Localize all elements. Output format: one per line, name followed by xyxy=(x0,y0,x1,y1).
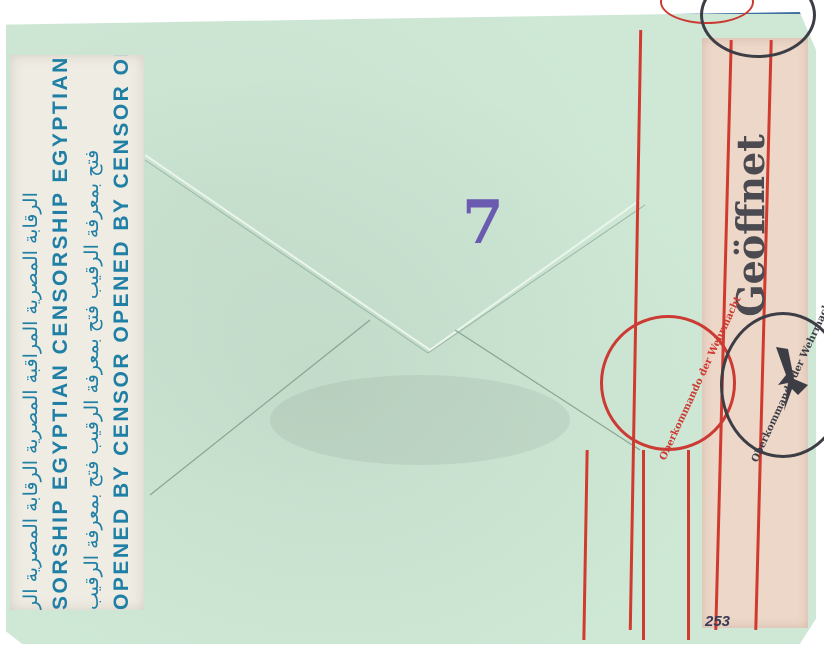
geoffnet-label-text: Geöffnet xyxy=(722,140,778,310)
handstamp-numeral: 7 xyxy=(462,188,504,258)
arabic-opened-text: فتح بمعرفة الرقيب فتح بمعرفة الرقيب فتح … xyxy=(81,55,103,610)
egyptian-censor-label: الرقابة المصرية المراقبة المصرية الرقابة… xyxy=(10,55,144,610)
red-censor-stamp: Oberkommando der Wehrmacht xyxy=(600,315,736,451)
censor-red-line xyxy=(642,450,645,640)
pencil-note: 253 xyxy=(705,613,730,630)
censor-red-line xyxy=(687,450,690,640)
eagle-icon xyxy=(768,345,812,415)
english-censor-text: SORSHIP EGYPTIAN CENSORSHIP EGYPTIAN CEN… xyxy=(49,55,73,610)
arabic-censor-text: الرقابة المصرية المراقبة المصرية الرقابة… xyxy=(20,55,42,610)
english-opened-text: OPENED BY CENSOR OPENED BY CENSOR OPENED… xyxy=(110,55,134,610)
